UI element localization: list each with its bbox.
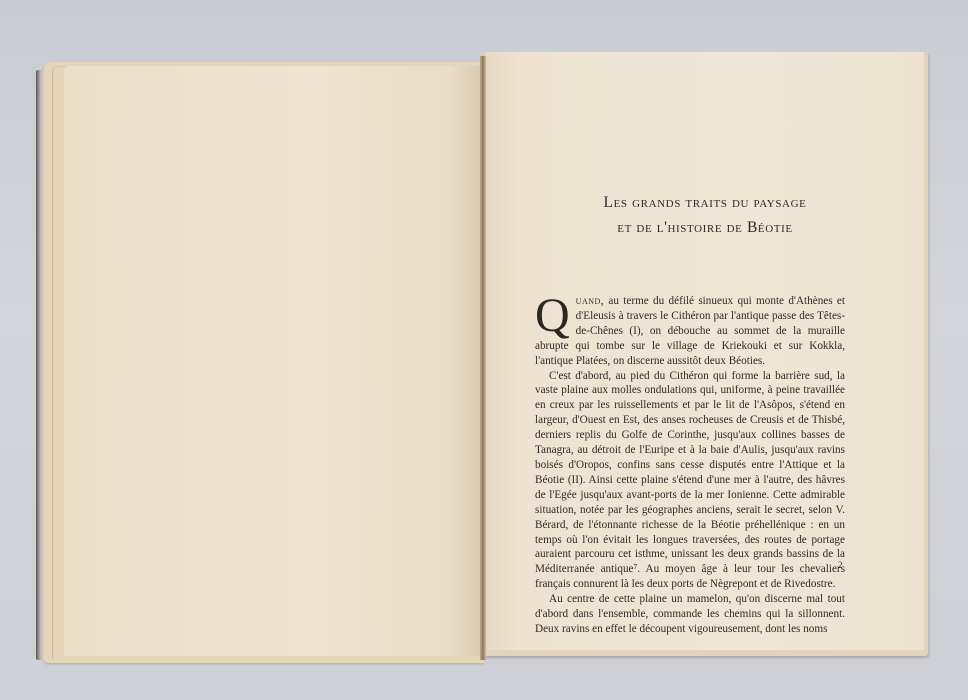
page-number: 2 xyxy=(838,560,843,570)
left-page-blank xyxy=(64,66,484,656)
chapter-title-line-2: et de l'histoire de Béotie xyxy=(486,215,924,240)
paragraph-1: Quand, au terme du défilé sinueux qui mo… xyxy=(535,294,845,369)
open-book: Les grands traits du paysage et de l'his… xyxy=(0,0,968,700)
book-gutter xyxy=(480,56,486,660)
body-text: Quand, au terme du défilé sinueux qui mo… xyxy=(535,294,845,637)
paragraph-2: C'est d'abord, au pied du Cithéron qui f… xyxy=(535,369,845,593)
paragraph-3: Au centre de cette plaine un mamelon, qu… xyxy=(535,592,845,637)
drop-cap: Q xyxy=(535,296,570,336)
chapter-title-line-1: Les grands traits du paysage xyxy=(486,190,924,215)
first-word: uand, xyxy=(576,295,604,307)
